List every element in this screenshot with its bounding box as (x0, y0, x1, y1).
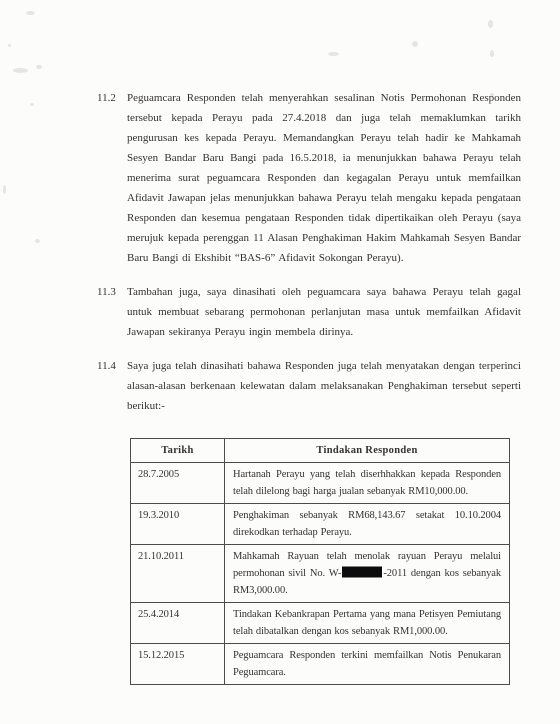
table-row: 28.7.2005Hartanah Perayu yang telah dise… (131, 463, 510, 504)
paragraph-text: Saya juga telah dinasihati bahawa Respon… (127, 356, 521, 416)
scan-noise-speck (488, 20, 493, 28)
document-body: 11.2 Peguamcara Responden telah menyerah… (97, 88, 523, 685)
respondent-actions-table: Tarikh Tindakan Responden 28.7.2005Harta… (130, 438, 510, 685)
table-row: 21.10.2011Mahkamah Rayuan telah menolak … (131, 545, 510, 603)
table-header-date: Tarikh (131, 439, 225, 463)
table-cell-action: Tindakan Kebankrapan Pertama yang mana P… (225, 603, 510, 644)
scan-noise-speck (36, 65, 42, 69)
scan-noise-speck (8, 44, 11, 47)
table-row: 25.4.2014Tindakan Kebankrapan Pertama ya… (131, 603, 510, 644)
scan-noise-speck (490, 50, 494, 57)
table-cell-action: Peguamcara Responden terkini memfailkan … (225, 644, 510, 685)
table-cell-date: 25.4.2014 (131, 603, 225, 644)
scan-noise-speck (13, 68, 28, 73)
scan-noise-speck (3, 185, 6, 194)
table-cell-action: Mahkamah Rayuan telah menolak rayuan Per… (225, 545, 510, 603)
table-row: 19.3.2010Penghakiman sebanyak RM68,143.6… (131, 504, 510, 545)
table-header-row: Tarikh Tindakan Responden (131, 439, 510, 463)
paragraph-number: 11.2 (97, 88, 127, 268)
paragraph-number: 11.4 (97, 356, 127, 416)
paragraph-11-3: 11.3 Tambahan juga, saya dinasihati oleh… (97, 282, 523, 342)
table-header-action: Tindakan Responden (225, 439, 510, 463)
scan-noise-speck (35, 239, 40, 243)
scan-noise-speck (30, 103, 34, 106)
table-cell-date: 19.3.2010 (131, 504, 225, 545)
table-cell-action: Penghakiman sebanyak RM68,143.67 setakat… (225, 504, 510, 545)
redaction-box (342, 567, 382, 578)
paragraph-text: Peguamcara Responden telah menyerahkan s… (127, 88, 521, 268)
table-header: Tarikh Tindakan Responden (131, 439, 510, 463)
paragraph-11-4: 11.4 Saya juga telah dinasihati bahawa R… (97, 356, 523, 416)
paragraph-number: 11.3 (97, 282, 127, 342)
paragraph-text: Tambahan juga, saya dinasihati oleh pegu… (127, 282, 521, 342)
scan-noise-speck (328, 52, 339, 56)
table-cell-action: Hartanah Perayu yang telah diserhhakkan … (225, 463, 510, 504)
scan-noise-speck (412, 41, 418, 47)
paragraph-11-2: 11.2 Peguamcara Responden telah menyerah… (97, 88, 523, 268)
table-cell-date: 28.7.2005 (131, 463, 225, 504)
table-row: 15.12.2015Peguamcara Responden terkini m… (131, 644, 510, 685)
table-cell-date: 15.12.2015 (131, 644, 225, 685)
scanned-document-page: 11.2 Peguamcara Responden telah menyerah… (0, 0, 560, 724)
scan-noise-speck (26, 11, 35, 15)
table-body: 28.7.2005Hartanah Perayu yang telah dise… (131, 463, 510, 685)
table-cell-date: 21.10.2011 (131, 545, 225, 603)
